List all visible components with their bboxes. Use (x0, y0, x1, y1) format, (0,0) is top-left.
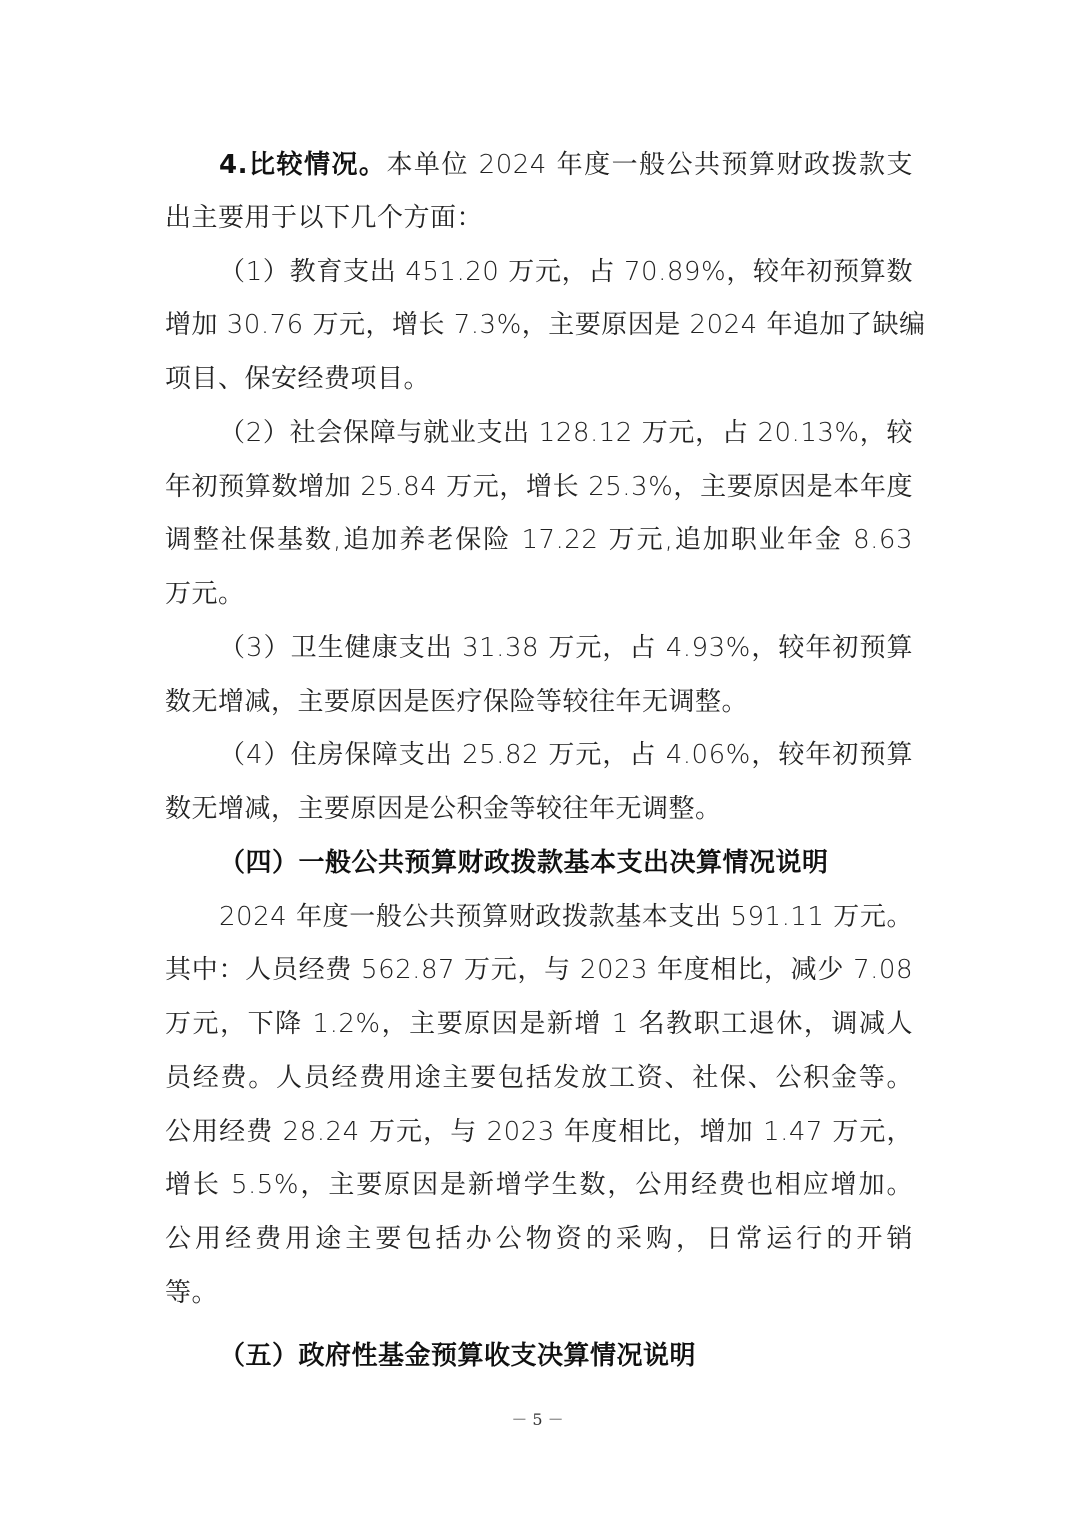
section-4-intro-line-1: 4.比较情况。本单位 2024 年度一般公共预算财政拨款支 (165, 145, 913, 185)
item-4-line-1: （4）住房保障支出 25.82 万元，占 4.06%，较年初预算 (165, 735, 913, 775)
section-four-body-line-1: 2024 年度一般公共预算财政拨款基本支出 591.11 万元。 (165, 897, 913, 937)
item-2-line-1: （2）社会保障与就业支出 128.12 万元，占 20.13%，较 (165, 413, 913, 453)
item-1-line-2: 增加 30.76 万元，增长 7.3%，主要原因是 2024 年追加了缺编 (165, 305, 913, 345)
item-2-line-4: 万元。 (165, 574, 913, 614)
section-five-heading: （五）政府性基金预算收支决算情况说明 (165, 1336, 913, 1376)
section-four-body-line-2: 其中：人员经费 562.87 万元，与 2023 年度相比，减少 7.08 (165, 950, 913, 990)
section-four-body-line-3: 万元，下降 1.2%，主要原因是新增 1 名教职工退休，调减人 (165, 1004, 913, 1044)
page-number: － 5 － (0, 1407, 1075, 1430)
item-4-line-2: 数无增减，主要原因是公积金等较往年无调整。 (165, 789, 913, 829)
section-four-body-line-7: 公用经费用途主要包括办公物资的采购，日常运行的开销 (165, 1219, 913, 1259)
section-4-intro-text: 本单位 2024 年度一般公共预算财政拨款支 (386, 150, 913, 180)
item-3-line-1: （3）卫生健康支出 31.38 万元，占 4.93%，较年初预算 (165, 628, 913, 668)
section-4-intro-line-2: 出主要用于以下几个方面： (165, 198, 913, 238)
section-four-body-line-5: 公用经费 28.24 万元，与 2023 年度相比，增加 1.47 万元， (165, 1112, 913, 1152)
section-four-body-line-4: 员经费。人员经费用途主要包括发放工资、社保、公积金等。 (165, 1058, 913, 1098)
item-2-line-3: 调整社保基数,追加养老保险 17.22 万元,追加职业年金 8.63 (165, 520, 913, 560)
item-2-line-2: 年初预算数增加 25.84 万元，增长 25.3%，主要原因是本年度 (165, 467, 913, 507)
section-four-heading: （四）一般公共预算财政拨款基本支出决算情况说明 (165, 843, 913, 883)
item-1-line-1: （1）教育支出 451.20 万元，占 70.89%，较年初预算数 (165, 252, 913, 292)
section-four-body-line-6: 增长 5.5%，主要原因是新增学生数，公用经费也相应增加。 (165, 1165, 913, 1205)
item-1-line-3: 项目、保安经费项目。 (165, 359, 913, 399)
section-four-body-line-8: 等。 (165, 1273, 913, 1313)
section-4-title: 4.比较情况。 (219, 150, 386, 180)
item-3-line-2: 数无增减，主要原因是医疗保险等较往年无调整。 (165, 682, 913, 722)
